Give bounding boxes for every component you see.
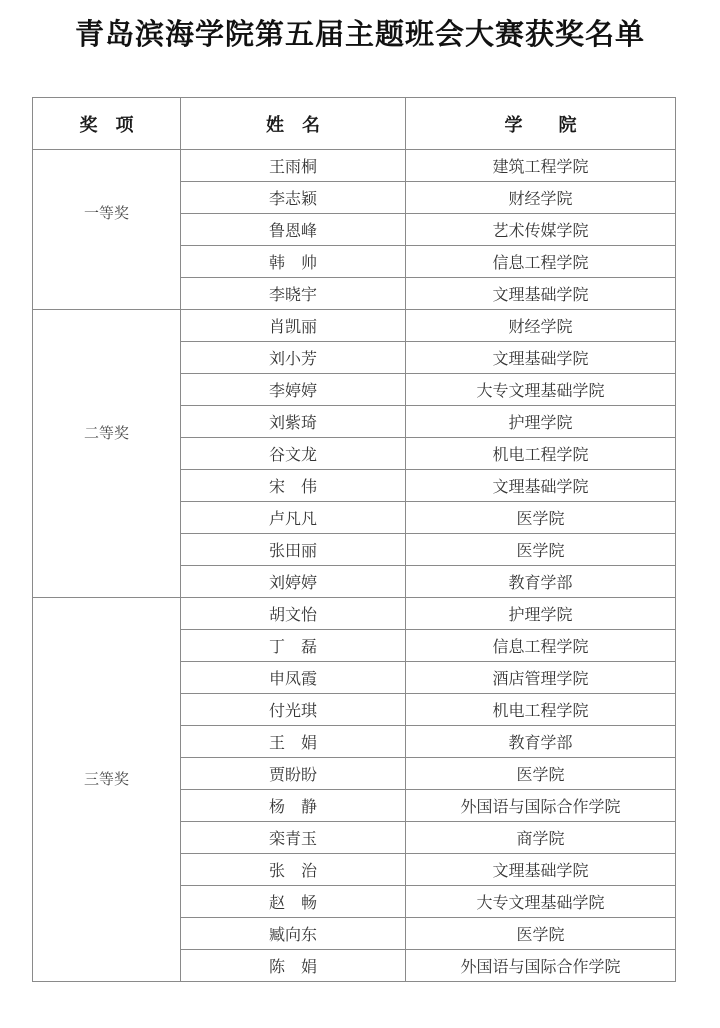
name-cell: 李志颖 [181,182,406,214]
college-name: 教育学部 [508,573,572,592]
header-prize: 奖 项 [33,98,181,150]
college-name: 财经学院 [508,317,572,336]
awards-table: 奖 项 姓 名 学 院 一等奖王雨桐建筑工程学院李志颖财经学院鲁恩峰艺术传媒学院… [32,97,676,982]
student-name: 栾青玉 [269,829,317,848]
college-cell: 建筑工程学院 [406,150,676,182]
student-name: 谷文龙 [269,445,317,464]
college-name: 商学院 [516,829,564,848]
college-cell: 大专文理基础学院 [406,886,676,918]
student-name: 陈 娟 [269,957,317,976]
college-cell: 信息工程学院 [406,246,676,278]
college-cell: 商学院 [406,822,676,854]
college-cell: 医学院 [406,534,676,566]
table-header-row: 奖 项 姓 名 学 院 [33,98,676,150]
student-name: 张 治 [269,861,317,880]
table-body: 一等奖王雨桐建筑工程学院李志颖财经学院鲁恩峰艺术传媒学院韩 帅信息工程学院李晓宇… [33,150,676,982]
prize-cell: 二等奖 [33,310,181,598]
header-college: 学 院 [406,98,676,150]
student-name: 刘婷婷 [269,573,317,592]
college-name: 文理基础学院 [492,861,588,880]
table-row: 三等奖胡文怡护理学院 [33,598,676,630]
name-cell: 王雨桐 [181,150,406,182]
student-name: 刘紫琦 [269,413,317,432]
name-cell: 鲁恩峰 [181,214,406,246]
college-name: 医学院 [516,509,564,528]
college-name: 机电工程学院 [492,445,588,464]
name-cell: 王 娟 [181,726,406,758]
student-name: 申凤霞 [269,669,317,688]
table-row: 一等奖王雨桐建筑工程学院 [33,150,676,182]
name-cell: 张 治 [181,854,406,886]
student-name: 韩 帅 [269,253,317,272]
name-cell: 胡文怡 [181,598,406,630]
header-name: 姓 名 [181,98,406,150]
name-cell: 杨 静 [181,790,406,822]
student-name: 鲁恩峰 [269,221,317,240]
student-name: 付光琪 [269,701,317,720]
college-cell: 医学院 [406,502,676,534]
college-name: 护理学院 [508,413,572,432]
student-name: 王雨桐 [269,157,317,176]
name-cell: 申凤霞 [181,662,406,694]
college-cell: 艺术传媒学院 [406,214,676,246]
college-cell: 文理基础学院 [406,470,676,502]
college-name: 外国语与国际合作学院 [460,957,620,976]
prize-cell: 一等奖 [33,150,181,310]
name-cell: 陈 娟 [181,950,406,982]
student-name: 肖凯丽 [269,317,317,336]
student-name: 李婷婷 [269,381,317,400]
college-cell: 文理基础学院 [406,342,676,374]
college-name: 医学院 [516,765,564,784]
college-name: 财经学院 [508,189,572,208]
name-cell: 贾盼盼 [181,758,406,790]
name-cell: 肖凯丽 [181,310,406,342]
prize-label: 一等奖 [33,150,180,223]
college-name: 教育学部 [508,733,572,752]
student-name: 张田丽 [269,541,317,560]
name-cell: 宋 伟 [181,470,406,502]
college-name: 大专文理基础学院 [476,381,604,400]
page-title: 青岛滨海学院第五届主题班会大赛获奖名单 [0,14,720,54]
student-name: 李晓宇 [269,285,317,304]
college-cell: 护理学院 [406,598,676,630]
college-cell: 机电工程学院 [406,694,676,726]
college-name: 信息工程学院 [492,637,588,656]
student-name: 胡文怡 [269,605,317,624]
college-cell: 大专文理基础学院 [406,374,676,406]
name-cell: 刘婷婷 [181,566,406,598]
student-name: 杨 静 [269,797,317,816]
student-name: 王 娟 [269,733,317,752]
student-name: 卢凡凡 [269,509,317,528]
name-cell: 栾青玉 [181,822,406,854]
student-name: 宋 伟 [269,477,317,496]
name-cell: 付光琪 [181,694,406,726]
name-cell: 谷文龙 [181,438,406,470]
college-cell: 文理基础学院 [406,854,676,886]
prize-label: 三等奖 [33,598,180,789]
name-cell: 李婷婷 [181,374,406,406]
name-cell: 李晓宇 [181,278,406,310]
college-name: 文理基础学院 [492,349,588,368]
name-cell: 刘紫琦 [181,406,406,438]
name-cell: 刘小芳 [181,342,406,374]
college-cell: 机电工程学院 [406,438,676,470]
prize-label: 二等奖 [33,310,180,443]
college-name: 医学院 [516,541,564,560]
name-cell: 韩 帅 [181,246,406,278]
student-name: 赵 畅 [269,893,317,912]
college-name: 外国语与国际合作学院 [460,797,620,816]
college-name: 机电工程学院 [492,701,588,720]
college-name: 信息工程学院 [492,253,588,272]
college-name: 医学院 [516,925,564,944]
college-cell: 外国语与国际合作学院 [406,950,676,982]
name-cell: 臧向东 [181,918,406,950]
college-name: 文理基础学院 [492,285,588,304]
student-name: 刘小芳 [269,349,317,368]
college-cell: 信息工程学院 [406,630,676,662]
college-cell: 财经学院 [406,310,676,342]
college-name: 护理学院 [508,605,572,624]
college-name: 酒店管理学院 [492,669,588,688]
college-cell: 护理学院 [406,406,676,438]
name-cell: 卢凡凡 [181,502,406,534]
student-name: 李志颖 [269,189,317,208]
college-cell: 财经学院 [406,182,676,214]
name-cell: 丁 磊 [181,630,406,662]
college-name: 建筑工程学院 [492,157,588,176]
student-name: 丁 磊 [269,637,317,656]
student-name: 臧向东 [269,925,317,944]
college-name: 艺术传媒学院 [492,221,588,240]
college-cell: 文理基础学院 [406,278,676,310]
table-row: 二等奖肖凯丽财经学院 [33,310,676,342]
college-cell: 医学院 [406,918,676,950]
college-cell: 酒店管理学院 [406,662,676,694]
student-name: 贾盼盼 [269,765,317,784]
college-name: 文理基础学院 [492,477,588,496]
college-cell: 医学院 [406,758,676,790]
name-cell: 赵 畅 [181,886,406,918]
college-cell: 教育学部 [406,726,676,758]
college-cell: 教育学部 [406,566,676,598]
college-cell: 外国语与国际合作学院 [406,790,676,822]
college-name: 大专文理基础学院 [476,893,604,912]
name-cell: 张田丽 [181,534,406,566]
prize-cell: 三等奖 [33,598,181,982]
